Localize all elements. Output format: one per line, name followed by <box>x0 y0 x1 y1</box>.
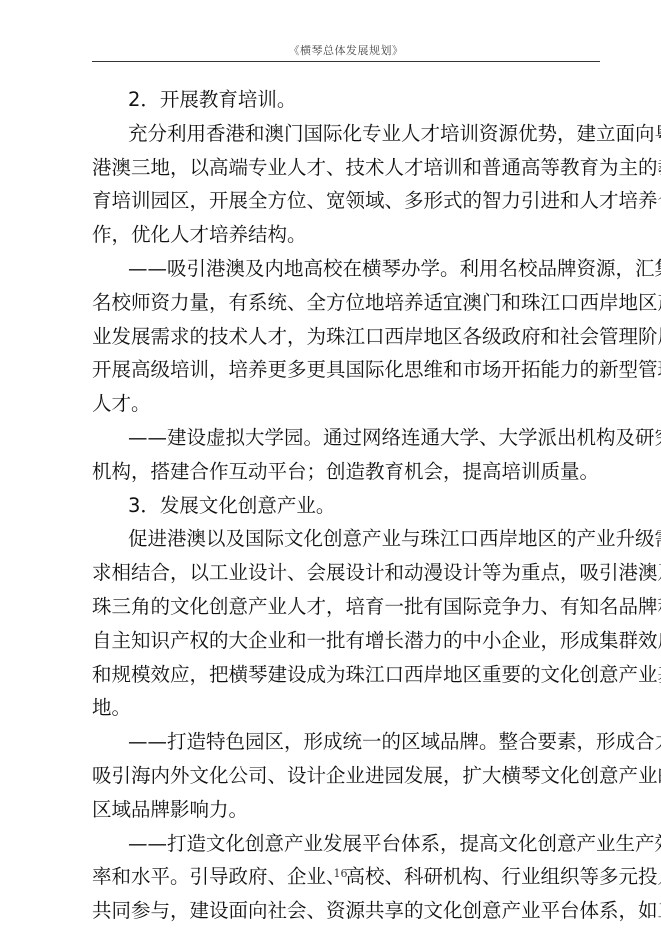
text-line: ——吸引港澳及内地高校在横琴办学。利用名校品牌资源，汇集 <box>92 252 598 286</box>
text-line: 共同参与，建设面向社会、资源共享的文化创意产业平台体系，如工 <box>92 894 598 928</box>
text-line: 和规模效应，把横琴建设成为珠江口西岸地区重要的文化创意产业基 <box>92 658 598 692</box>
running-header: 《横琴总体发展规划》 <box>92 42 600 58</box>
section-heading: 2．开展教育培训。 <box>92 83 598 117</box>
text-line: 机构，搭建合作互动平台；创造教育机会，提高培训质量。 <box>92 455 598 489</box>
body-text: 2．开展教育培训。充分利用香港和澳门国际化专业人才培训资源优势，建立面向粤港澳三… <box>92 83 598 928</box>
text-line: 育培训园区，开展全方位、宽领域、多形式的智力引进和人才培养合 <box>92 184 598 218</box>
text-line: 自主知识产权的大企业和一批有增长潜力的中小企业，形成集群效应 <box>92 624 598 658</box>
text-line: 地。 <box>92 691 598 725</box>
text-line: 人才。 <box>92 387 598 421</box>
page-number: 16 <box>0 867 661 880</box>
text-line: ——打造特色园区，形成统一的区域品牌。整合要素，形成合力， <box>92 725 598 759</box>
text-line: 港澳三地，以高端专业人才、技术人才培训和普通高等教育为主的教 <box>92 151 598 185</box>
text-line: 促进港澳以及国际文化创意产业与珠江口西岸地区的产业升级需 <box>92 522 598 556</box>
header-rule <box>92 61 600 62</box>
text-line: ——打造文化创意产业发展平台体系，提高文化创意产业生产效 <box>92 827 598 861</box>
text-line: ——建设虚拟大学园。通过网络连通大学、大学派出机构及研究 <box>92 421 598 455</box>
text-line: 区域品牌影响力。 <box>92 793 598 827</box>
text-line: 作，优化人才培养结构。 <box>92 218 598 252</box>
section-heading: 3．发展文化创意产业。 <box>92 489 598 523</box>
text-line: 吸引海内外文化公司、设计企业进园发展，扩大横琴文化创意产业的 <box>92 759 598 793</box>
text-line: 业发展需求的技术人才，为珠江口西岸地区各级政府和社会管理阶层 <box>92 320 598 354</box>
text-line: 求相结合，以工业设计、会展设计和动漫设计等为重点，吸引港澳及 <box>92 556 598 590</box>
text-line: 开展高级培训，培养更多更具国际化思维和市场开拓能力的新型管理 <box>92 353 598 387</box>
text-line: 珠三角的文化创意产业人才，培育一批有国际竞争力、有知名品牌和 <box>92 590 598 624</box>
text-line: 充分利用香港和澳门国际化专业人才培训资源优势，建立面向粤 <box>92 117 598 151</box>
text-line: 名校师资力量，有系统、全方位地培养适宜澳门和珠江口西岸地区产 <box>92 286 598 320</box>
